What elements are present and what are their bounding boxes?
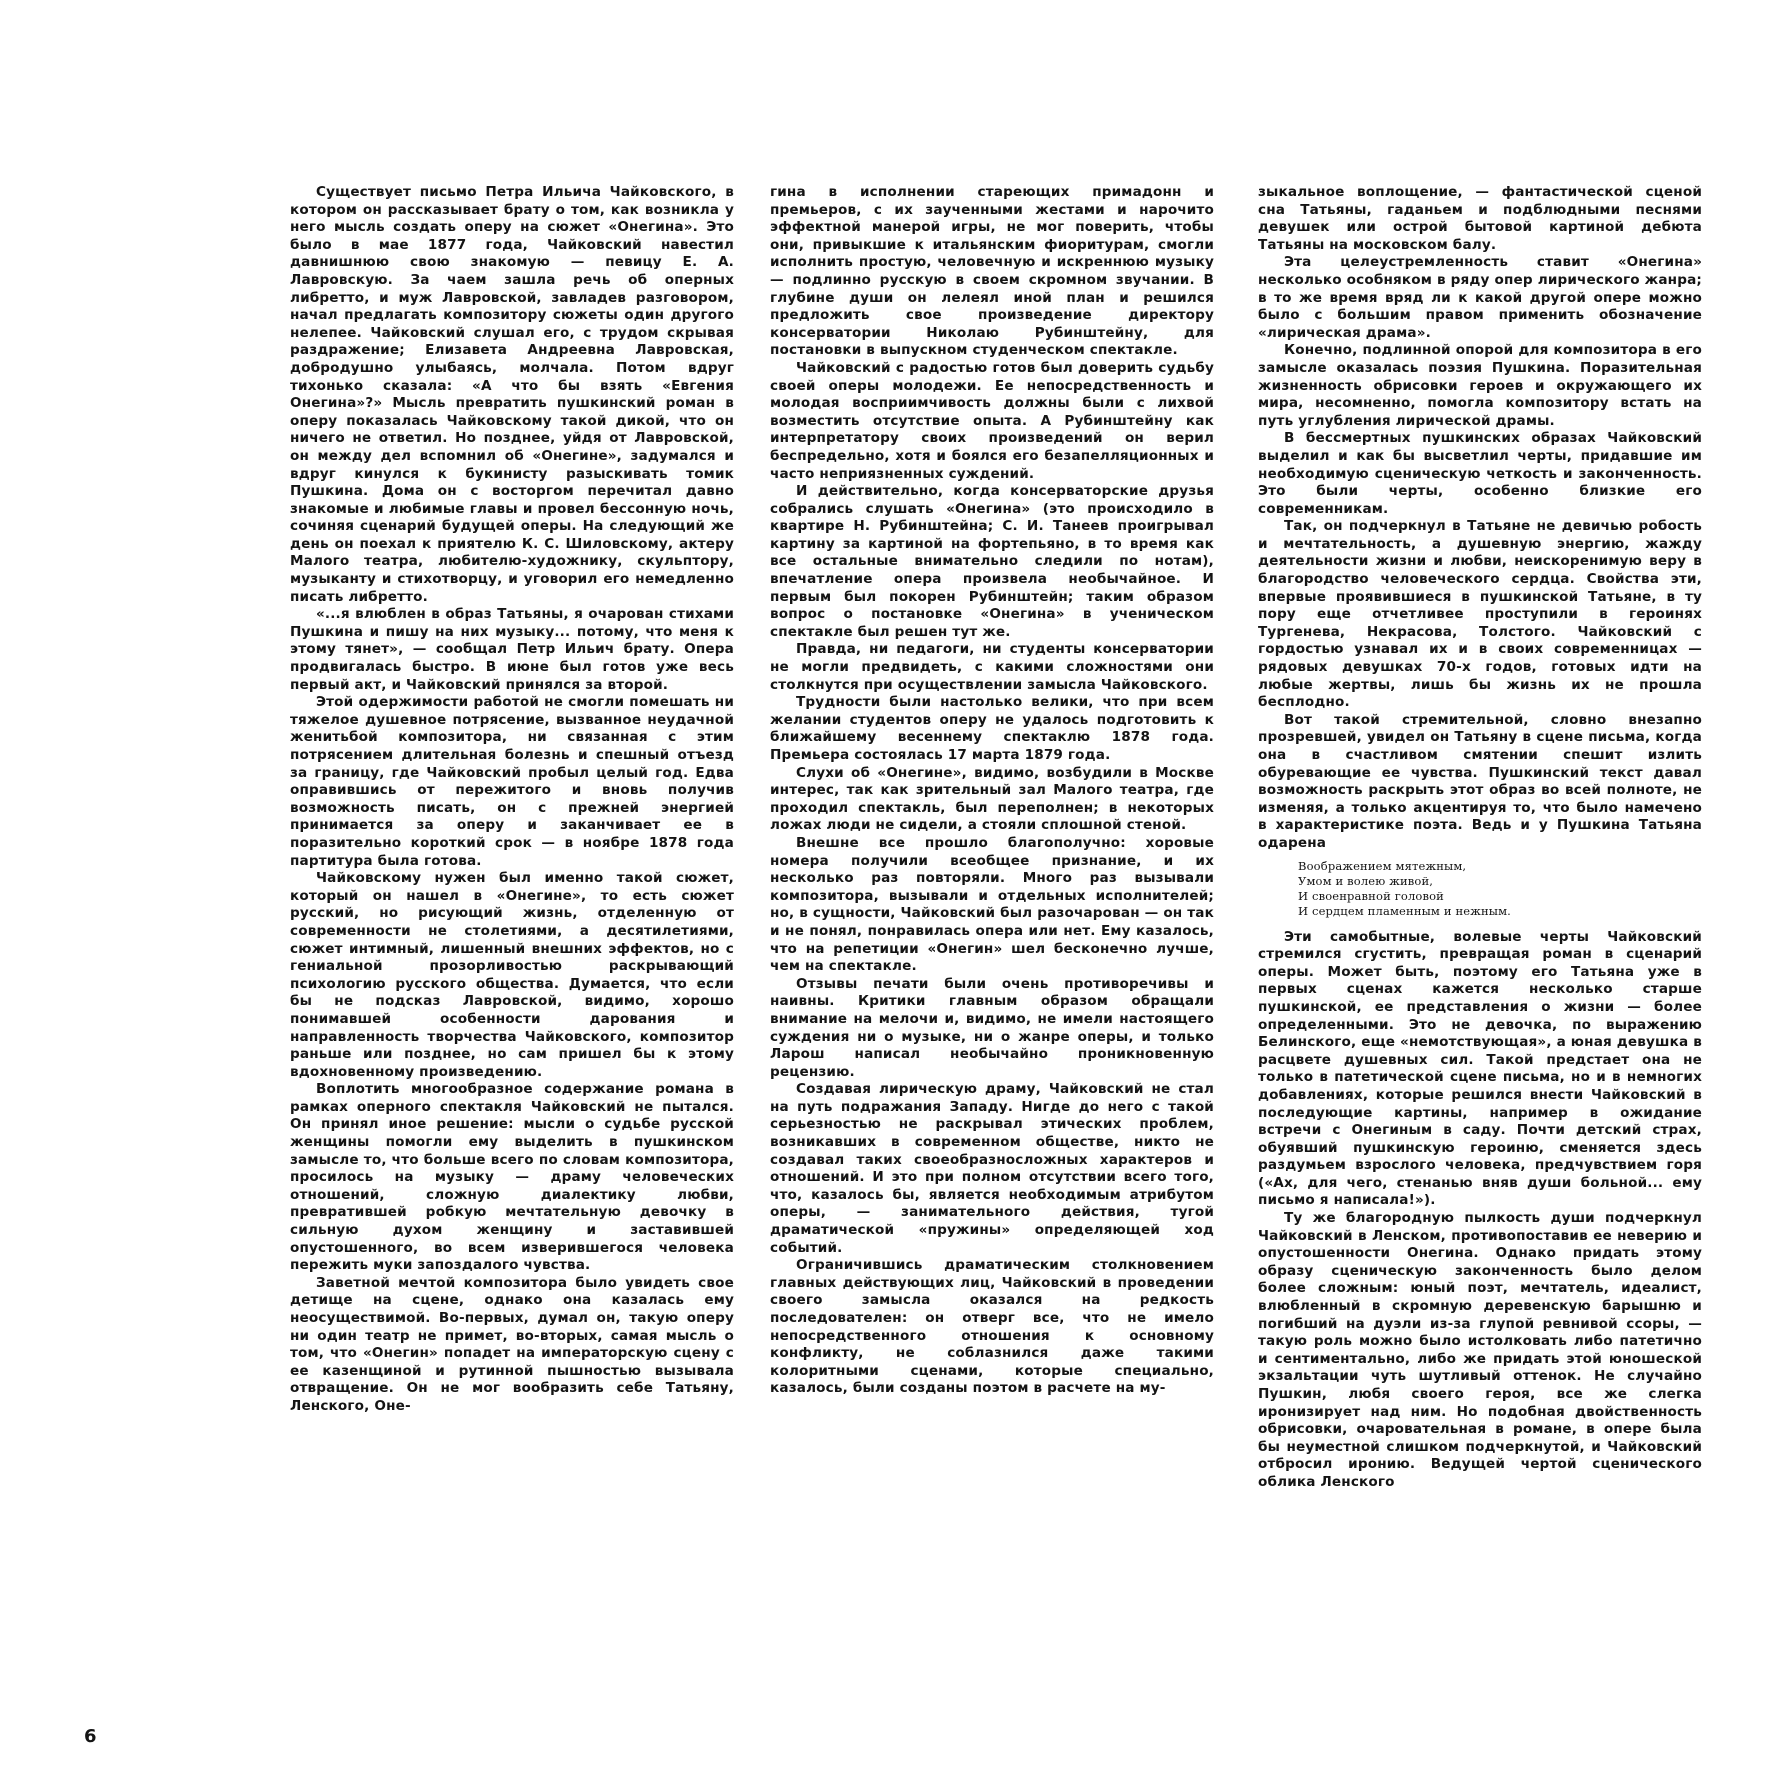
paragraph: В бессмертных пушкинских образах Чайковс… [1258, 430, 1702, 518]
article-column-3: зыкальное воплощение, — фантастической с… [1258, 184, 1702, 1492]
paragraph: Слухи об «Онегине», видимо, возбудили в … [770, 765, 1214, 835]
article-column-2: гина в исполнении стареющих примадонн и … [770, 184, 1214, 1398]
poem-line: И сердцем пламенным и нежным. [1298, 904, 1702, 919]
poem-line: Воображением мятежным, [1298, 859, 1702, 874]
paragraph: Трудности были настолько велики, что при… [770, 694, 1214, 764]
paragraph: Чайковский с радостью готов был доверить… [770, 360, 1214, 483]
paragraph: Отзывы печати были очень противоречивы и… [770, 976, 1214, 1082]
paragraph: И действительно, когда консерваторские д… [770, 483, 1214, 641]
paragraph: Правда, ни педагоги, ни студенты консерв… [770, 641, 1214, 694]
paragraph: Эти самобытные, волевые черты Чайковский… [1258, 929, 1702, 1211]
paragraph: Существует письмо Петра Ильича Чайковско… [290, 184, 734, 606]
paragraph: «...я влюблен в образ Татьяны, я очарова… [290, 606, 734, 694]
paragraph-continued: гина в исполнении стареющих примадонн и … [770, 184, 1214, 360]
page-number: 6 [84, 1726, 97, 1747]
paragraph: Создавая лирическую драму, Чайковский не… [770, 1081, 1214, 1257]
paragraph: Ограничившись драматическим столкновение… [770, 1257, 1214, 1398]
paragraph: Внешне все прошло благополучно: хоровые … [770, 835, 1214, 976]
poem-quote: Воображением мятежным, Умом и волею живо… [1298, 859, 1702, 919]
paragraph: Вот такой стремительной, словно внезапно… [1258, 712, 1702, 853]
paragraph: Эта целеустремленность ставит «Онегина» … [1258, 254, 1702, 342]
paragraph: Чайковскому нужен был именно такой сюжет… [290, 870, 734, 1081]
article-column-1: Существует письмо Петра Ильича Чайковско… [290, 184, 734, 1416]
paragraph-continued: зыкальное воплощение, — фантастической с… [1258, 184, 1702, 254]
poem-line: Умом и волею живой, [1298, 874, 1702, 889]
paragraph: Воплотить многообразное содержание роман… [290, 1081, 734, 1275]
paragraph: Ту же благородную пылкость души подчеркн… [1258, 1210, 1702, 1492]
paragraph: Заветной мечтой композитора было увидеть… [290, 1275, 734, 1416]
paragraph: Конечно, подлинной опорой для композитор… [1258, 342, 1702, 430]
paragraph: Так, он подчеркнул в Татьяне не девичью … [1258, 518, 1702, 712]
paragraph: Этой одержимости работой не смогли помеш… [290, 694, 734, 870]
poem-line: И своенравной головой [1298, 889, 1702, 904]
